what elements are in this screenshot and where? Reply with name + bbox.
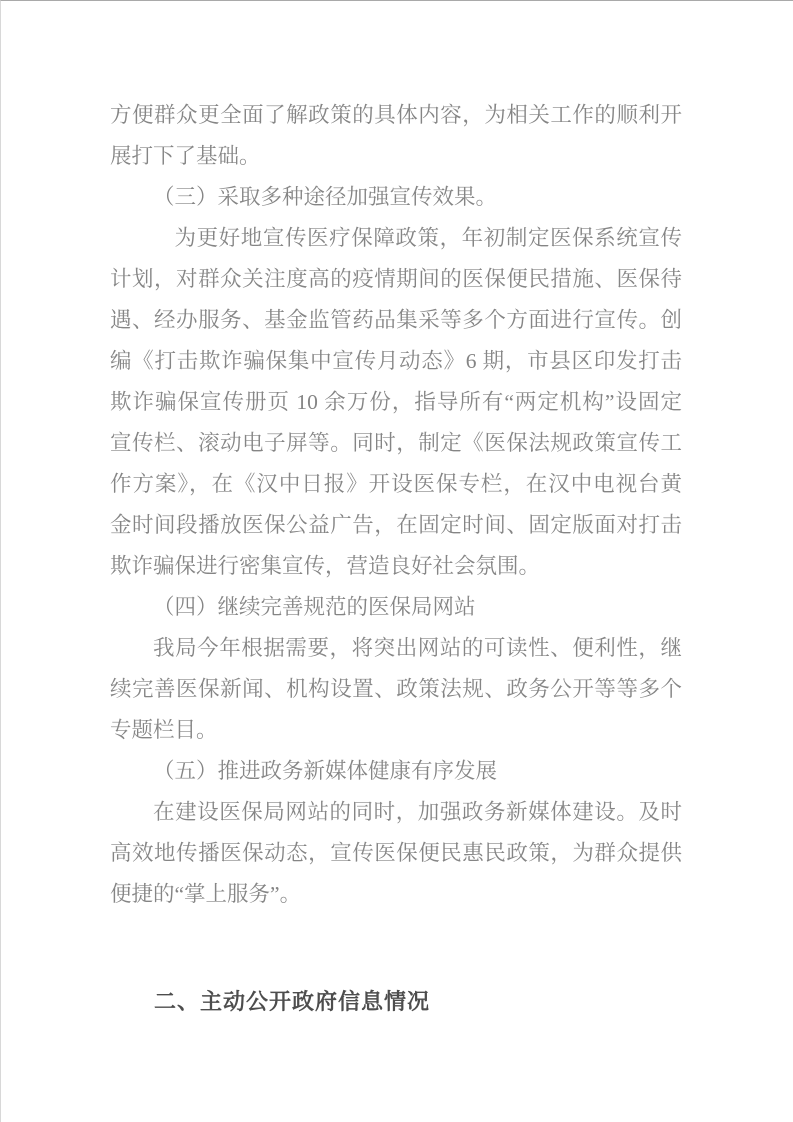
text-line: 为更好地宣传医疗保障政策，年初制定医保系统宣传 bbox=[110, 218, 682, 259]
text-line: 在建设医保局网站的同时，加强政务新媒体建设。及时 bbox=[110, 792, 682, 833]
text-line: 便捷的“掌上服务”。 bbox=[110, 874, 682, 915]
text-line: 高效地传播医保动态，宣传医保便民惠民政策，为群众提供 bbox=[110, 833, 682, 874]
text-line: 我局今年根据需要，将突出网站的可读性、便利性，继 bbox=[110, 628, 682, 669]
text-line: 欺诈骗保进行密集宣传，营造良好社会氛围。 bbox=[110, 546, 682, 587]
text-line: 续完善医保新闻、机构设置、政策法规、政务公开等等多个 bbox=[110, 669, 682, 710]
text-line: 宣传栏、滚动电子屏等。同时，制定《医保法规政策宣传工 bbox=[110, 423, 682, 464]
document-body: 方便群众更全面了解政策的具体内容，为相关工作的顺利开 展打下了基础。 （三）采取… bbox=[1, 1, 793, 1022]
text-line: 金时间段播放医保公益广告，在固定时间、固定版面对打击 bbox=[110, 505, 682, 546]
subsection-heading: （四）继续完善规范的医保局网站 bbox=[110, 587, 682, 628]
text-line: 专题栏目。 bbox=[110, 710, 682, 751]
text-line: 编《打击欺诈骗保集中宣传月动态》6 期，市县区印发打击 bbox=[110, 341, 682, 382]
text-line: 遇、经办服务、基金监管药品集采等多个方面进行宣传。创 bbox=[110, 300, 682, 341]
text-line: 计划，对群众关注度高的疫情期间的医保便民措施、医保待 bbox=[110, 259, 682, 300]
text-line: 展打下了基础。 bbox=[110, 136, 682, 177]
section-heading: 二、主动公开政府信息情况 bbox=[110, 981, 682, 1022]
subsection-heading: （三）采取多种途径加强宣传效果。 bbox=[110, 177, 682, 218]
text-line: 作方案》，在《汉中日报》开设医保专栏，在汉中电视台黄 bbox=[110, 464, 682, 505]
text-line: 方便群众更全面了解政策的具体内容，为相关工作的顺利开 bbox=[110, 95, 682, 136]
document-page: 方便群众更全面了解政策的具体内容，为相关工作的顺利开 展打下了基础。 （三）采取… bbox=[0, 0, 793, 1122]
text-line: 欺诈骗保宣传册页 10 余万份，指导所有“两定机构”设固定 bbox=[110, 382, 682, 423]
subsection-heading: （五）推进政务新媒体健康有序发展 bbox=[110, 751, 682, 792]
